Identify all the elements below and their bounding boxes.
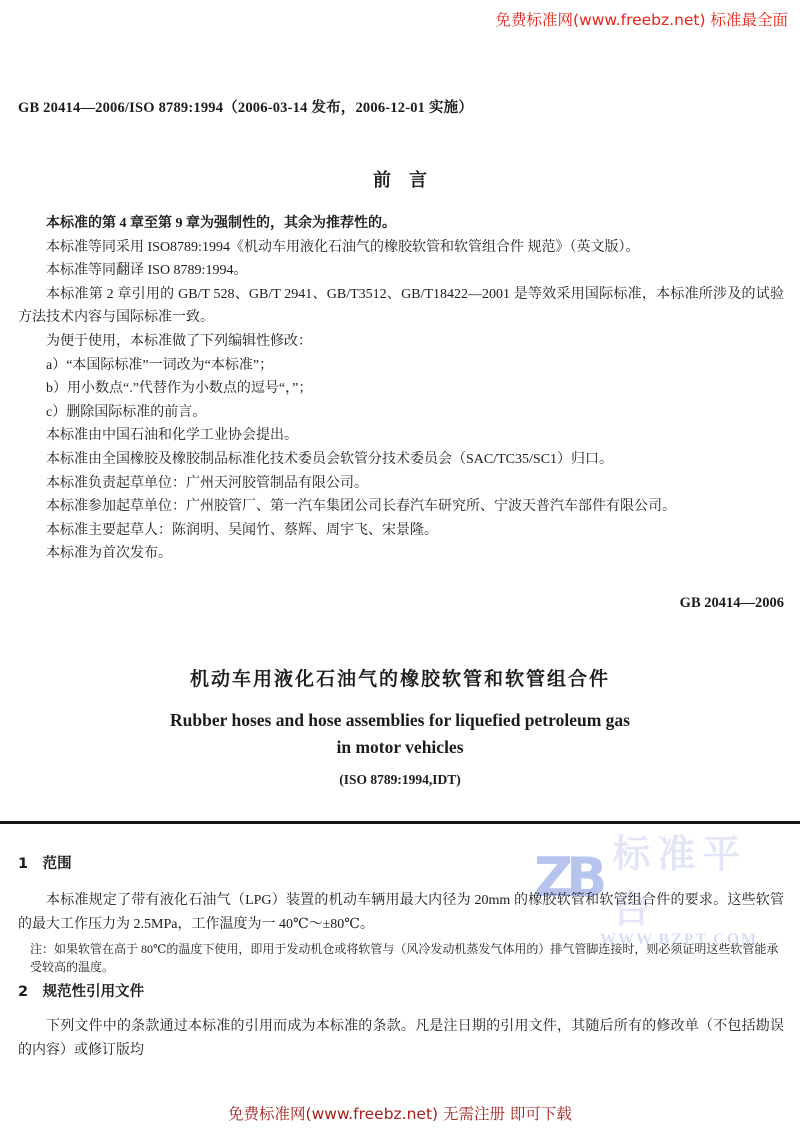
iso-reference: (ISO 8789:1994,IDT)	[0, 772, 800, 788]
scope-paragraph: 本标准规定了带有液化石油气（LPG）装置的机动车辆用最大内径为 20mm 的橡胶…	[18, 889, 784, 936]
foreword-paragraph: 本标准等同翻译 ISO 8789:1994。	[18, 259, 784, 283]
section-divider	[0, 821, 800, 824]
document-title-en: Rubber hoses and hose assemblies for liq…	[0, 707, 800, 761]
document-title-en-line1: Rubber hoses and hose assemblies for liq…	[0, 707, 800, 734]
foreword-paragraph: 本标准参加起草单位：广州胶管厂、第一汽车集团公司长春汽车研究所、宁波天普汽车部件…	[18, 495, 784, 519]
section-heading-references: 2 规范性引用文件	[18, 980, 144, 1001]
scope-note: 注：如果软管在高于 80℃的温度下使用，即用于发动机仓或将软管与（风冷发动机蒸发…	[30, 940, 786, 976]
foreword-paragraph: 本标准等同采用 ISO8789:1994《机动车用液化石油气的橡胶软管和软管组合…	[18, 236, 784, 260]
section-heading-scope: 1 范围	[18, 852, 72, 873]
document-title-cn: 机动车用液化石油气的橡胶软管和软管组合件	[0, 664, 800, 691]
top-banner: 免费标准网(www.freebz.net) 标准最全面	[496, 8, 788, 30]
document-page: 免费标准网(www.freebz.net) 标准最全面 GB 20414—200…	[0, 0, 800, 1133]
foreword-paragraph: 本标准由中国石油和化学工业协会提出。	[18, 424, 784, 448]
foreword-title: 前 言	[0, 166, 800, 192]
foreword-paragraph: 为便于使用，本标准做了下列编辑性修改：	[18, 330, 784, 354]
standard-code: GB 20414—2006	[680, 595, 784, 612]
foreword-paragraph: 本标准负责起草单位：广州天河胶管制品有限公司。	[18, 472, 784, 496]
bottom-banner: 免费标准网(www.freebz.net) 无需注册 即可下载	[0, 1102, 800, 1124]
foreword-paragraph: 本标准的第 4 章至第 9 章为强制性的，其余为推荐性的。	[18, 212, 784, 236]
foreword-paragraph: c）删除国际标准的前言。	[18, 401, 784, 425]
foreword-paragraph: 本标准由全国橡胶及橡胶制品标准化技术委员会软管分技术委员会（SAC/TC35/S…	[18, 448, 784, 472]
document-title-en-line2: in motor vehicles	[0, 734, 800, 761]
references-paragraph: 下列文件中的条款通过本标准的引用而成为本标准的条款。凡是注日期的引用文件，其随后…	[18, 1015, 784, 1062]
foreword-paragraph: b）用小数点“.”代替作为小数点的逗号“，”；	[18, 377, 784, 401]
foreword-body: 本标准的第 4 章至第 9 章为强制性的，其余为推荐性的。 本标准等同采用 IS…	[18, 212, 784, 566]
foreword-paragraph: 本标准第 2 章引用的 GB/T 528、GB/T 2941、GB/T3512、…	[18, 283, 784, 330]
foreword-paragraph: a）“本国际标准”一词改为“本标准”；	[18, 354, 784, 378]
header-standard-code: GB 20414—2006/ISO 8789:1994（2006-03-14 发…	[18, 96, 473, 117]
foreword-paragraph: 本标准主要起草人：陈润明、吴闻竹、蔡辉、周宇飞、宋景隆。	[18, 519, 784, 543]
foreword-paragraph: 本标准为首次发布。	[18, 542, 784, 566]
